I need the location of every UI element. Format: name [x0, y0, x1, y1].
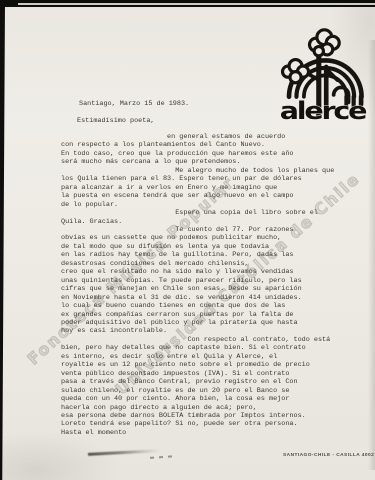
letter-line: es interno, es decir solo entre el Quila… [61, 353, 347, 361]
letter-line: los Quila tienen para el 83. Espero tene… [61, 175, 347, 183]
scanned-letter: Fonoteca Música Popular Universidad Cató… [0, 0, 375, 480]
letter-line: ex grandes compañías cerraron sus puerta… [61, 311, 347, 319]
letter-line: pasa a través del Banco Central, previo … [61, 378, 347, 386]
salutation: Estimadísimo poeta, [77, 117, 155, 125]
letter-line: la puesta en escena tendrá que ser algo … [61, 192, 347, 200]
letter-line: hacerla con pago directo a alguien de ac… [61, 404, 347, 412]
scan-edge-highlight [18, 3, 375, 5]
letter-line: Con respecto al contrato, todo está [61, 336, 347, 344]
letter-text-layer: Santiago, Marzo 15 de 1983. Estimadísimo… [0, 0, 375, 480]
letterhead-footer: SANTIAGO-CHILE - CASILLA 4002 [283, 453, 374, 458]
letter-line: poder adquisitivo del público y por la p… [61, 319, 347, 327]
letter-line: En todo caso, creo que la producción que… [61, 150, 347, 158]
letter-line: queda con un 40 por ciento. Ahora bien, … [61, 395, 347, 403]
letter-line: sulado chileno, el royaltie es de un 20 … [61, 387, 347, 395]
letter-body: en general estamos de acuerdocon respect… [61, 133, 347, 437]
letter-line: obvias es un cassette que no podemos pub… [61, 234, 347, 242]
letter-line: Espero una copia del libro sobre el [61, 209, 347, 217]
letter-line: hoy es casi incontrolable. [61, 327, 347, 335]
date-line: Santiago, Marzo 15 de 1983. [79, 100, 189, 108]
letter-line: lo cual es bueno cuando tienes en cuenta… [61, 302, 347, 310]
letter-line: Me alegro mucho de todos los planes que [61, 167, 347, 175]
letter-line: Quila. Gracias. [61, 218, 347, 226]
letter-line: Te cuento del 77. Por razones [61, 226, 347, 234]
scan-edge-top [0, 0, 375, 7]
letter-line: Loreto tendrá ese papelito? Si no, puede… [61, 420, 347, 428]
letter-line: de tal modo que su difusión es lenta ya … [61, 243, 347, 251]
letter-line: cifras que se manejan en Chile son esas.… [61, 285, 347, 293]
letter-line: bien, pero hay detalles que no captaste … [61, 344, 347, 352]
letter-line: Hasta el momento [61, 429, 347, 437]
letter-line: creo que el resultado no ha sido malo y … [61, 268, 347, 276]
letter-line: para alcanzar a ir a verlos en Enero y m… [61, 184, 347, 192]
letter-line: con respecto a los planteamientos del Ca… [61, 141, 347, 149]
letter-line: unas quinientas copias. Te puede parecer… [61, 277, 347, 285]
letter-line: en las radios hay temor de la guillotina… [61, 251, 347, 259]
letter-line: de lo popular. [61, 201, 347, 209]
letter-line: desastrosas condiciones del mercado chil… [61, 260, 347, 268]
letter-line: venta público descontado impuestos (IVA)… [61, 370, 347, 378]
letter-line: royaltie es un 12 por ciento neto sobre … [61, 361, 347, 369]
letter-line: en Noviembre hasta el 31 de dic. se vend… [61, 294, 347, 302]
letter-line: será mucho más cercana a lo que pretende… [61, 158, 347, 166]
letter-line: esa persona debe darnos BOLETA timbrada … [61, 412, 347, 420]
letter-line: en general estamos de acuerdo [61, 133, 347, 141]
